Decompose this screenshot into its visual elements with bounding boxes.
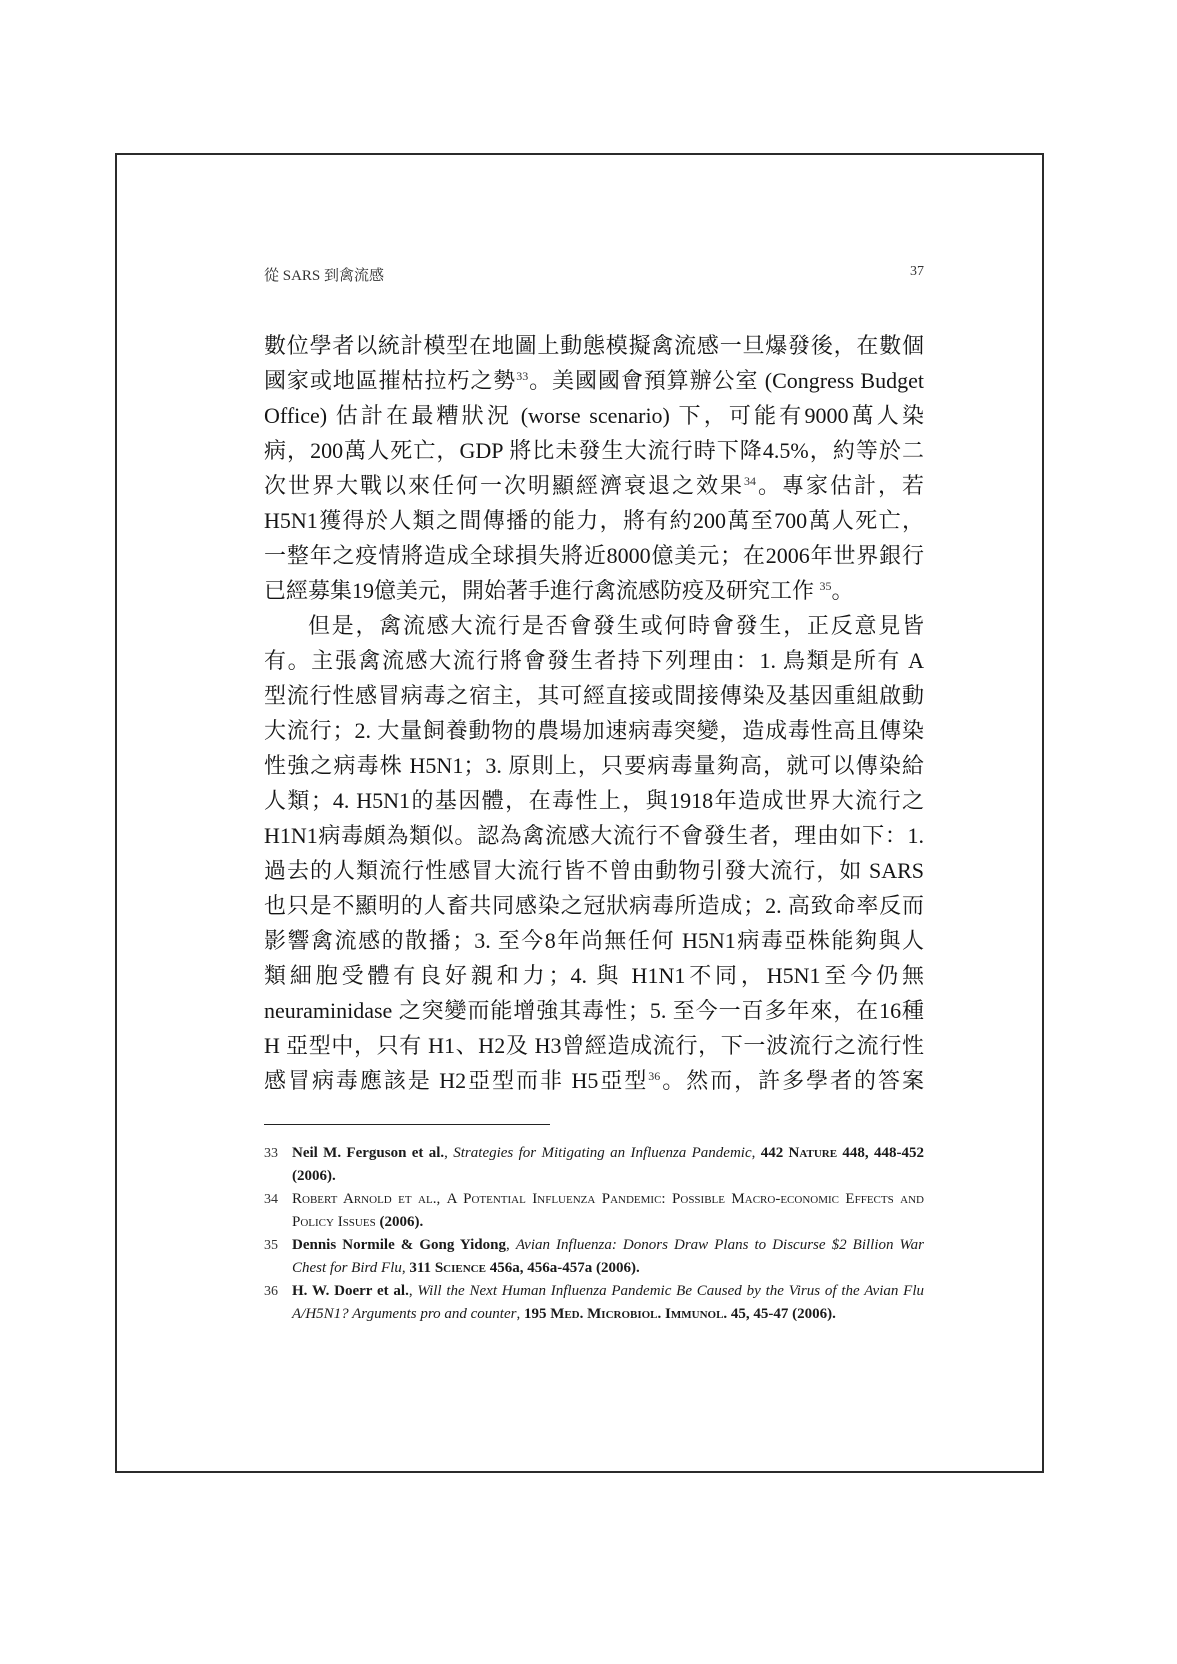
body-line: 已經募集19億美元，開始著手進行禽流感防疫及研究工作 35。	[264, 573, 924, 608]
footnote-text: Neil M. Ferguson et al., Strategies for …	[292, 1142, 924, 1188]
footnote-title: Strategies for Mitigating an Influenza P…	[453, 1145, 751, 1161]
footnote-number: 36	[264, 1280, 278, 1303]
footnote-pages: 45, 45-47 (2006).	[731, 1306, 836, 1322]
footnote-journal: Science	[435, 1260, 486, 1276]
footnote-34: 34 Robert Arnold et al., A Potential Inf…	[264, 1188, 924, 1234]
footnote-volume: 442	[761, 1145, 784, 1161]
body-line: H5N1獲得於人類之間傳播的能力，將有約200萬至700萬人死亡，	[264, 503, 924, 538]
body-line: 影響禽流感的散播；3. 至今8年尚無任何 H5N1病毒亞株能夠與人	[264, 923, 924, 958]
footnote-journal: Nature	[789, 1145, 838, 1161]
footnote-36: 36 H. W. Doerr et al., Will the Next Hum…	[264, 1280, 924, 1326]
running-header: 從 SARS 到禽流感 37	[264, 264, 924, 284]
body-line: 類細胞受體有良好親和力；4. 與 H1N1不同，H5N1至今仍無	[264, 958, 924, 993]
footnote-separator	[264, 1124, 550, 1125]
footnote-reference[interactable]: 35	[820, 579, 832, 593]
body-line: 也只是不顯明的人畜共同感染之冠狀病毒所造成；2. 高致命率反而	[264, 888, 924, 923]
footnote-author: Robert Arnold et al.	[292, 1191, 436, 1207]
body-line: neuraminidase 之突變而能增強其毒性；5. 至今一百多年來，在16種	[264, 993, 924, 1028]
body-line: 病，200萬人死亡，GDP 將比未發生大流行時下降4.5%，約等於二	[264, 433, 924, 468]
footnote-year: (2006).	[379, 1214, 423, 1230]
footnote-35: 35 Dennis Normile & Gong Yidong, Avian I…	[264, 1234, 924, 1280]
footnote-number: 34	[264, 1188, 278, 1211]
footnote-number: 35	[264, 1234, 278, 1257]
footnote-reference[interactable]: 34	[744, 474, 756, 488]
body-line: H 亞型中，只有 H1、H2及 H3曾經造成流行，下一波流行之流行性	[264, 1028, 924, 1063]
footnotes: 33 Neil M. Ferguson et al., Strategies f…	[264, 1142, 924, 1326]
body-line: 數位學者以統計模型在地圖上動態模擬禽流感一旦爆發後，在數個	[264, 328, 924, 363]
body-line: 感冒病毒應該是 H2亞型而非 H5亞型36。然而，許多學者的答案	[264, 1063, 924, 1098]
body-line: Office) 估計在最糟狀況 (worse scenario) 下，可能有90…	[264, 398, 924, 433]
footnote-author: Dennis Normile & Gong Yidong	[292, 1237, 506, 1253]
footnote-text: Robert Arnold et al., A Potential Influe…	[292, 1188, 924, 1234]
running-title: 從 SARS 到禽流感	[264, 264, 384, 285]
footnote-text: H. W. Doerr et al., Will the Next Human …	[292, 1280, 924, 1326]
footnote-reference[interactable]: 33	[516, 369, 528, 383]
body-line: 國家或地區摧枯拉朽之勢33。美國國會預算辦公室 (Congress Budget	[264, 363, 924, 398]
footnote-33: 33 Neil M. Ferguson et al., Strategies f…	[264, 1142, 924, 1188]
footnote-reference[interactable]: 36	[648, 1069, 660, 1083]
body-line: 性強之病毒株 H5N1；3. 原則上，只要病毒量夠高，就可以傳染給	[264, 748, 924, 783]
body-line: H1N1病毒頗為類似。認為禽流感大流行不會發生者，理由如下：1.	[264, 818, 924, 853]
body-line: 有。主張禽流感大流行將會發生者持下列理由：1. 鳥類是所有 A	[264, 643, 924, 678]
body-paragraphs: 數位學者以統計模型在地圖上動態模擬禽流感一旦爆發後，在數個國家或地區摧枯拉朽之勢…	[264, 328, 924, 1098]
footnote-volume: 311	[409, 1260, 431, 1276]
footnote-author: Neil M. Ferguson et al.	[292, 1145, 444, 1161]
body-line: 大流行；2. 大量飼養動物的農場加速病毒突變，造成毒性高且傳染	[264, 713, 924, 748]
footnote-journal: Med. Microbiol. Immunol.	[550, 1306, 727, 1322]
body-line: 型流行性感冒病毒之宿主，其可經直接或間接傳染及基因重組啟動	[264, 678, 924, 713]
footnote-author: H. W. Doerr et al.	[292, 1283, 409, 1299]
footnote-number: 33	[264, 1142, 278, 1165]
body-line: 過去的人類流行性感冒大流行皆不曾由動物引發大流行，如 SARS	[264, 853, 924, 888]
footnote-text: Dennis Normile & Gong Yidong, Avian Infl…	[292, 1234, 924, 1280]
footnote-pages: 456a, 456a-457a (2006).	[490, 1260, 640, 1276]
page-number: 37	[910, 264, 924, 280]
body-line: 但是，禽流感大流行是否會發生或何時會發生，正反意見皆	[264, 608, 924, 643]
footnote-volume: 195	[524, 1306, 547, 1322]
body-line: 次世界大戰以來任何一次明顯經濟衰退之效果34。專家估計，若	[264, 468, 924, 503]
body-line: 一整年之疫情將造成全球損失將近8000億美元；在2006年世界銀行	[264, 538, 924, 573]
body-line: 人類；4. H5N1的基因體，在毒性上，與1918年造成世界大流行之	[264, 783, 924, 818]
